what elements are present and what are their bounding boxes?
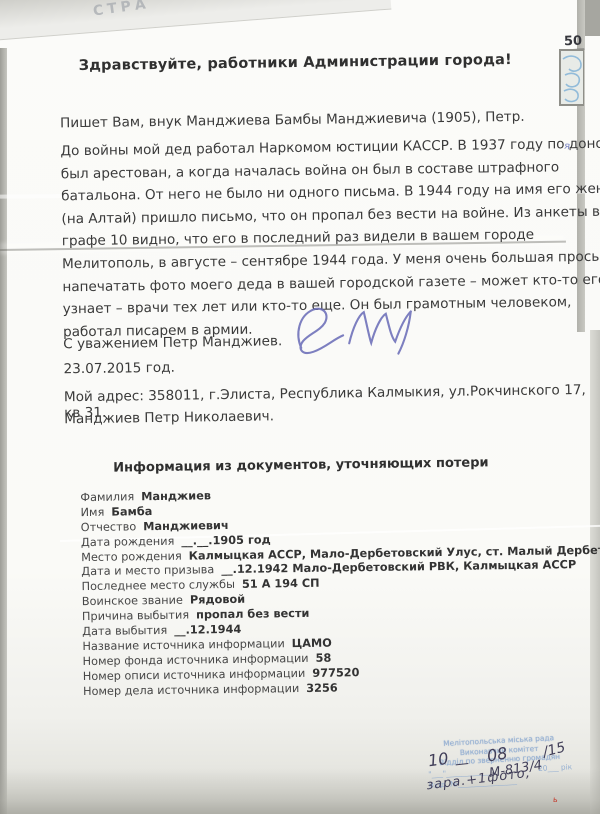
stamp-handwritten-day: 10 <box>427 749 450 771</box>
info-field-label: Воинское звание <box>82 594 183 608</box>
cutoff-text-fragment: СТРА <box>92 0 253 20</box>
info-field-value: 977520 <box>312 666 359 680</box>
letter-date: 23.07.2015 год. <box>63 360 175 378</box>
info-field-label: Номер описи источника информации <box>83 667 306 683</box>
info-field-label: Причина выбытия <box>82 609 189 623</box>
info-field-value: __.__.1905 год <box>181 533 271 547</box>
info-field-label: Последнее место службы <box>81 578 235 593</box>
letter-signoff: С уважением Петр Манджиев. <box>63 333 282 352</box>
handwritten-number-50: 50 <box>560 34 585 51</box>
info-field-value: 51 А 194 СП <box>242 577 320 591</box>
info-field-label: Фамилия <box>80 490 134 504</box>
info-field-label: Номер фонда источника информации <box>83 652 309 668</box>
info-field-value: Манджиевич <box>143 519 229 533</box>
info-field-value: Манджиев <box>141 489 211 503</box>
postage-stamp-fragment <box>559 49 584 106</box>
info-field-label: Отчество <box>81 520 137 534</box>
letter-content: СТРА Здравствуйте, работники Администрац… <box>0 0 600 814</box>
info-field-value: пропал без вести <box>196 607 309 622</box>
info-field-label: Номер дела источника информации <box>83 682 299 698</box>
info-field-label: Дата рождения <box>81 534 175 548</box>
info-fields: ФамилияМанджиев ИмяБамба ОтчествоМанджие… <box>80 484 583 699</box>
info-field-label: Дата и место призыва <box>81 564 214 579</box>
info-field-value: Рядовой <box>190 593 245 607</box>
info-field-label: Название источника информации <box>82 637 285 653</box>
red-pen-mark: ь <box>553 795 559 804</box>
letter-address-line2: Манджиев Петр Николаевич. <box>64 408 274 427</box>
info-field-label: Имя <box>80 506 104 519</box>
info-field-label: Дата выбытия <box>82 624 167 638</box>
letter-heading: Здравствуйте, работники Администрации го… <box>0 51 595 75</box>
scanned-letter-page: СТРА Здравствуйте, работники Администрац… <box>0 0 600 814</box>
info-field-value: 58 <box>316 651 332 664</box>
info-field-value: Бамба <box>111 505 152 519</box>
info-field-value: ЦАМО <box>292 636 332 650</box>
info-field-value: 3256 <box>306 681 338 694</box>
info-section-title: Информация из документов, уточняющих пот… <box>1 454 600 477</box>
letter-intro-line: Пишет Вам, внук Манджиева Бамбы Манджиев… <box>60 108 560 131</box>
stamp-handwritten-month: 08 <box>486 743 509 765</box>
handwritten-signature <box>286 290 437 364</box>
stamp-handwritten-dash: — <box>454 755 470 772</box>
info-field-label: Место рождения <box>81 549 182 563</box>
info-field-value: __.12.1944 <box>174 623 241 637</box>
